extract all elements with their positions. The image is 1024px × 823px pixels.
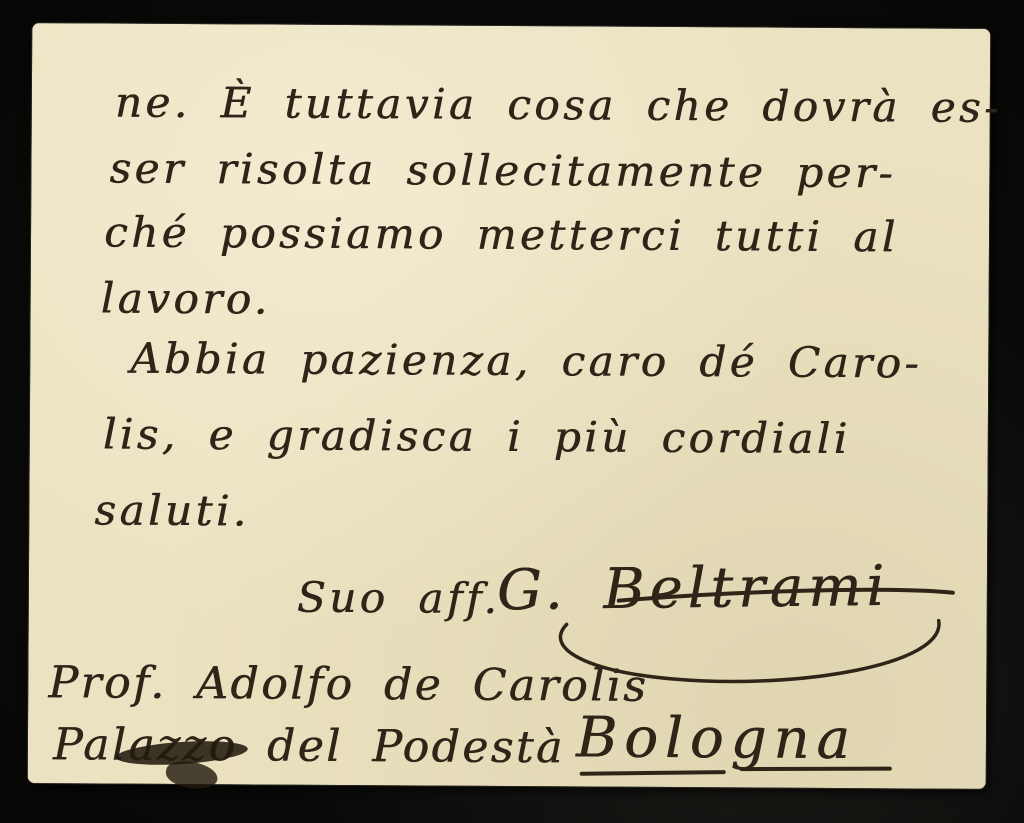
signature: G. Beltrami — [497, 559, 890, 619]
handwritten-line-1: ne. È tuttavia cosa che dovrà es- — [115, 82, 1002, 129]
handwritten-line-7: saluti. — [94, 489, 250, 532]
letter-paper: ne. È tuttavia cosa che dovrà es- ser ri… — [28, 23, 991, 789]
handwritten-line-4: lavoro. — [101, 278, 271, 321]
address-city: Bologna — [576, 710, 857, 768]
handwritten-line-6: lis, e gradisca i più cordiali — [103, 414, 851, 461]
city-underline-right — [740, 767, 892, 771]
address-line-2: Palazzo del Podestà — [53, 723, 565, 770]
closing-prefix: Suo aff. — [297, 577, 501, 620]
address-line-1: Prof. Adolfo de Carolis — [48, 661, 648, 709]
scan-background: ne. È tuttavia cosa che dovrà es- ser ri… — [0, 0, 1024, 823]
handwritten-line-3: ché possiamo metterci tutti al — [104, 212, 899, 259]
handwritten-line-2: ser risolta sollecitamente per- — [109, 148, 896, 195]
handwritten-line-5: Abbia pazienza, caro dé Caro- — [130, 338, 922, 385]
city-underline-left — [580, 770, 726, 776]
